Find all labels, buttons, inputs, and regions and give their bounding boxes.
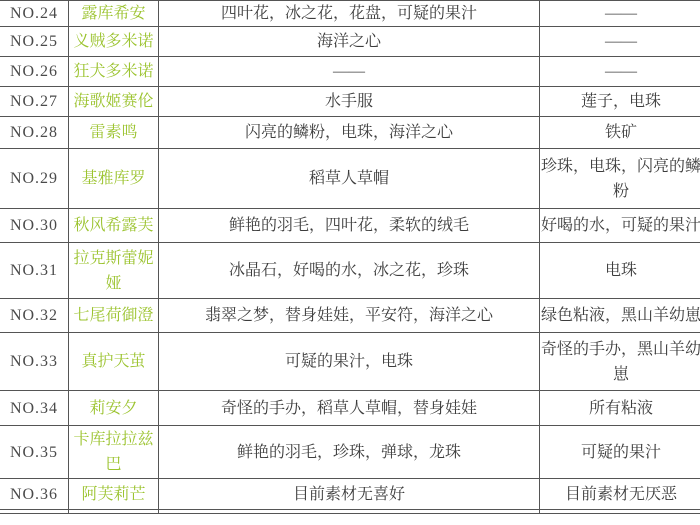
table-row: NO.25 义贼多米诺 海洋之心 —— xyxy=(0,27,700,57)
cell-name: 狂犬多米诺 xyxy=(69,57,159,87)
cell-name: 露库希安 xyxy=(69,1,159,27)
cell-no: NO.33 xyxy=(0,333,69,391)
cell-no: NO.25 xyxy=(0,27,69,57)
cell-name: 卡库拉拉兹巴 xyxy=(69,426,159,479)
cell-name: 基雅库罗 xyxy=(69,149,159,209)
table-row: NO.35 卡库拉拉兹巴 鲜艳的羽毛，珍珠，弹球，龙珠 可疑的果汁 xyxy=(0,426,700,479)
cell-likes: —— xyxy=(159,57,540,87)
cell-name xyxy=(69,510,159,514)
cell-likes xyxy=(159,510,540,514)
cell-likes: 鲜艳的羽毛，珍珠，弹球，龙珠 xyxy=(159,426,540,479)
cell-no: NO.29 xyxy=(0,149,69,209)
cell-dislikes xyxy=(540,510,700,514)
cell-no: NO.26 xyxy=(0,57,69,87)
cell-no: NO.31 xyxy=(0,243,69,299)
cell-likes: 海洋之心 xyxy=(159,27,540,57)
table-row: NO.32 七尾荷御澄 翡翠之梦，替身娃娃，平安符，海洋之心 绿色粘液，黑山羊幼… xyxy=(0,299,700,333)
cell-dislikes: 珍珠，电珠，闪亮的鳞粉 xyxy=(540,149,700,209)
table-row: NO.34 莉安夕 奇怪的手办，稻草人草帽，替身娃娃 所有粘液 xyxy=(0,391,700,426)
cell-likes: 鲜艳的羽毛，四叶花，柔软的绒毛 xyxy=(159,209,540,243)
table-row: NO.24 露库希安 四叶花，冰之花，花盘，可疑的果汁 —— xyxy=(0,1,700,27)
cell-dislikes: —— xyxy=(540,27,700,57)
cell-no: NO.30 xyxy=(0,209,69,243)
cell-dislikes: 好喝的水，可疑的果汁 xyxy=(540,209,700,243)
cell-likes: 目前素材无喜好 xyxy=(159,479,540,510)
cell-dislikes: 目前素材无厌恶 xyxy=(540,479,700,510)
cell-no xyxy=(0,510,69,514)
cell-dislikes: —— xyxy=(540,57,700,87)
cell-likes: 翡翠之梦，替身娃娃，平安符，海洋之心 xyxy=(159,299,540,333)
cell-name: 阿芙莉芒 xyxy=(69,479,159,510)
cell-dislikes: 可疑的果汁 xyxy=(540,426,700,479)
cell-name: 真护天茧 xyxy=(69,333,159,391)
cell-name: 雷素鸣 xyxy=(69,117,159,149)
cell-likes: 四叶花，冰之花，花盘，可疑的果汁 xyxy=(159,1,540,27)
cell-dislikes: 所有粘液 xyxy=(540,391,700,426)
cell-dislikes: 电珠 xyxy=(540,243,700,299)
cell-dislikes: 绿色粘液，黑山羊幼崽 xyxy=(540,299,700,333)
cell-no: NO.28 xyxy=(0,117,69,149)
table-row: NO.29 基雅库罗 稻草人草帽 珍珠，电珠，闪亮的鳞粉 xyxy=(0,149,700,209)
cell-no: NO.32 xyxy=(0,299,69,333)
cell-dislikes: —— xyxy=(540,1,700,27)
cell-name: 义贼多米诺 xyxy=(69,27,159,57)
table-row: NO.26 狂犬多米诺 —— —— xyxy=(0,57,700,87)
cell-name: 秋风希露芙 xyxy=(69,209,159,243)
cell-likes: 奇怪的手办，稻草人草帽，替身娃娃 xyxy=(159,391,540,426)
cell-likes: 可疑的果汁，电珠 xyxy=(159,333,540,391)
cell-name: 莉安夕 xyxy=(69,391,159,426)
cell-likes: 水手服 xyxy=(159,87,540,117)
cell-likes: 冰晶石，好喝的水，冰之花，珍珠 xyxy=(159,243,540,299)
cell-name: 七尾荷御澄 xyxy=(69,299,159,333)
table-row: NO.30 秋风希露芙 鲜艳的羽毛，四叶花，柔软的绒毛 好喝的水，可疑的果汁 xyxy=(0,209,700,243)
cell-no: NO.34 xyxy=(0,391,69,426)
cell-name: 拉克斯蕾妮娅 xyxy=(69,243,159,299)
cell-no: NO.24 xyxy=(0,1,69,27)
cell-dislikes: 莲子，电珠 xyxy=(540,87,700,117)
table-row: NO.31 拉克斯蕾妮娅 冰晶石，好喝的水，冰之花，珍珠 电珠 xyxy=(0,243,700,299)
cell-no: NO.27 xyxy=(0,87,69,117)
cell-dislikes: 铁矿 xyxy=(540,117,700,149)
table-row: NO.27 海歌姬赛伦 水手服 莲子，电珠 xyxy=(0,87,700,117)
cell-likes: 闪亮的鳞粉，电珠，海洋之心 xyxy=(159,117,540,149)
cell-dislikes: 奇怪的手办，黑山羊幼崽 xyxy=(540,333,700,391)
table-row: NO.33 真护天茧 可疑的果汁，电珠 奇怪的手办，黑山羊幼崽 xyxy=(0,333,700,391)
cell-no: NO.36 xyxy=(0,479,69,510)
cell-likes: 稻草人草帽 xyxy=(159,149,540,209)
table-row: NO.28 雷素鸣 闪亮的鳞粉，电珠，海洋之心 铁矿 xyxy=(0,117,700,149)
cell-no: NO.35 xyxy=(0,426,69,479)
table-row: NO.36 阿芙莉芒 目前素材无喜好 目前素材无厌恶 xyxy=(0,479,700,510)
cell-name: 海歌姬赛伦 xyxy=(69,87,159,117)
material-preference-table: NO.24 露库希安 四叶花，冰之花，花盘，可疑的果汁 —— NO.25 义贼多… xyxy=(0,0,700,514)
partial-next-row xyxy=(0,510,700,514)
